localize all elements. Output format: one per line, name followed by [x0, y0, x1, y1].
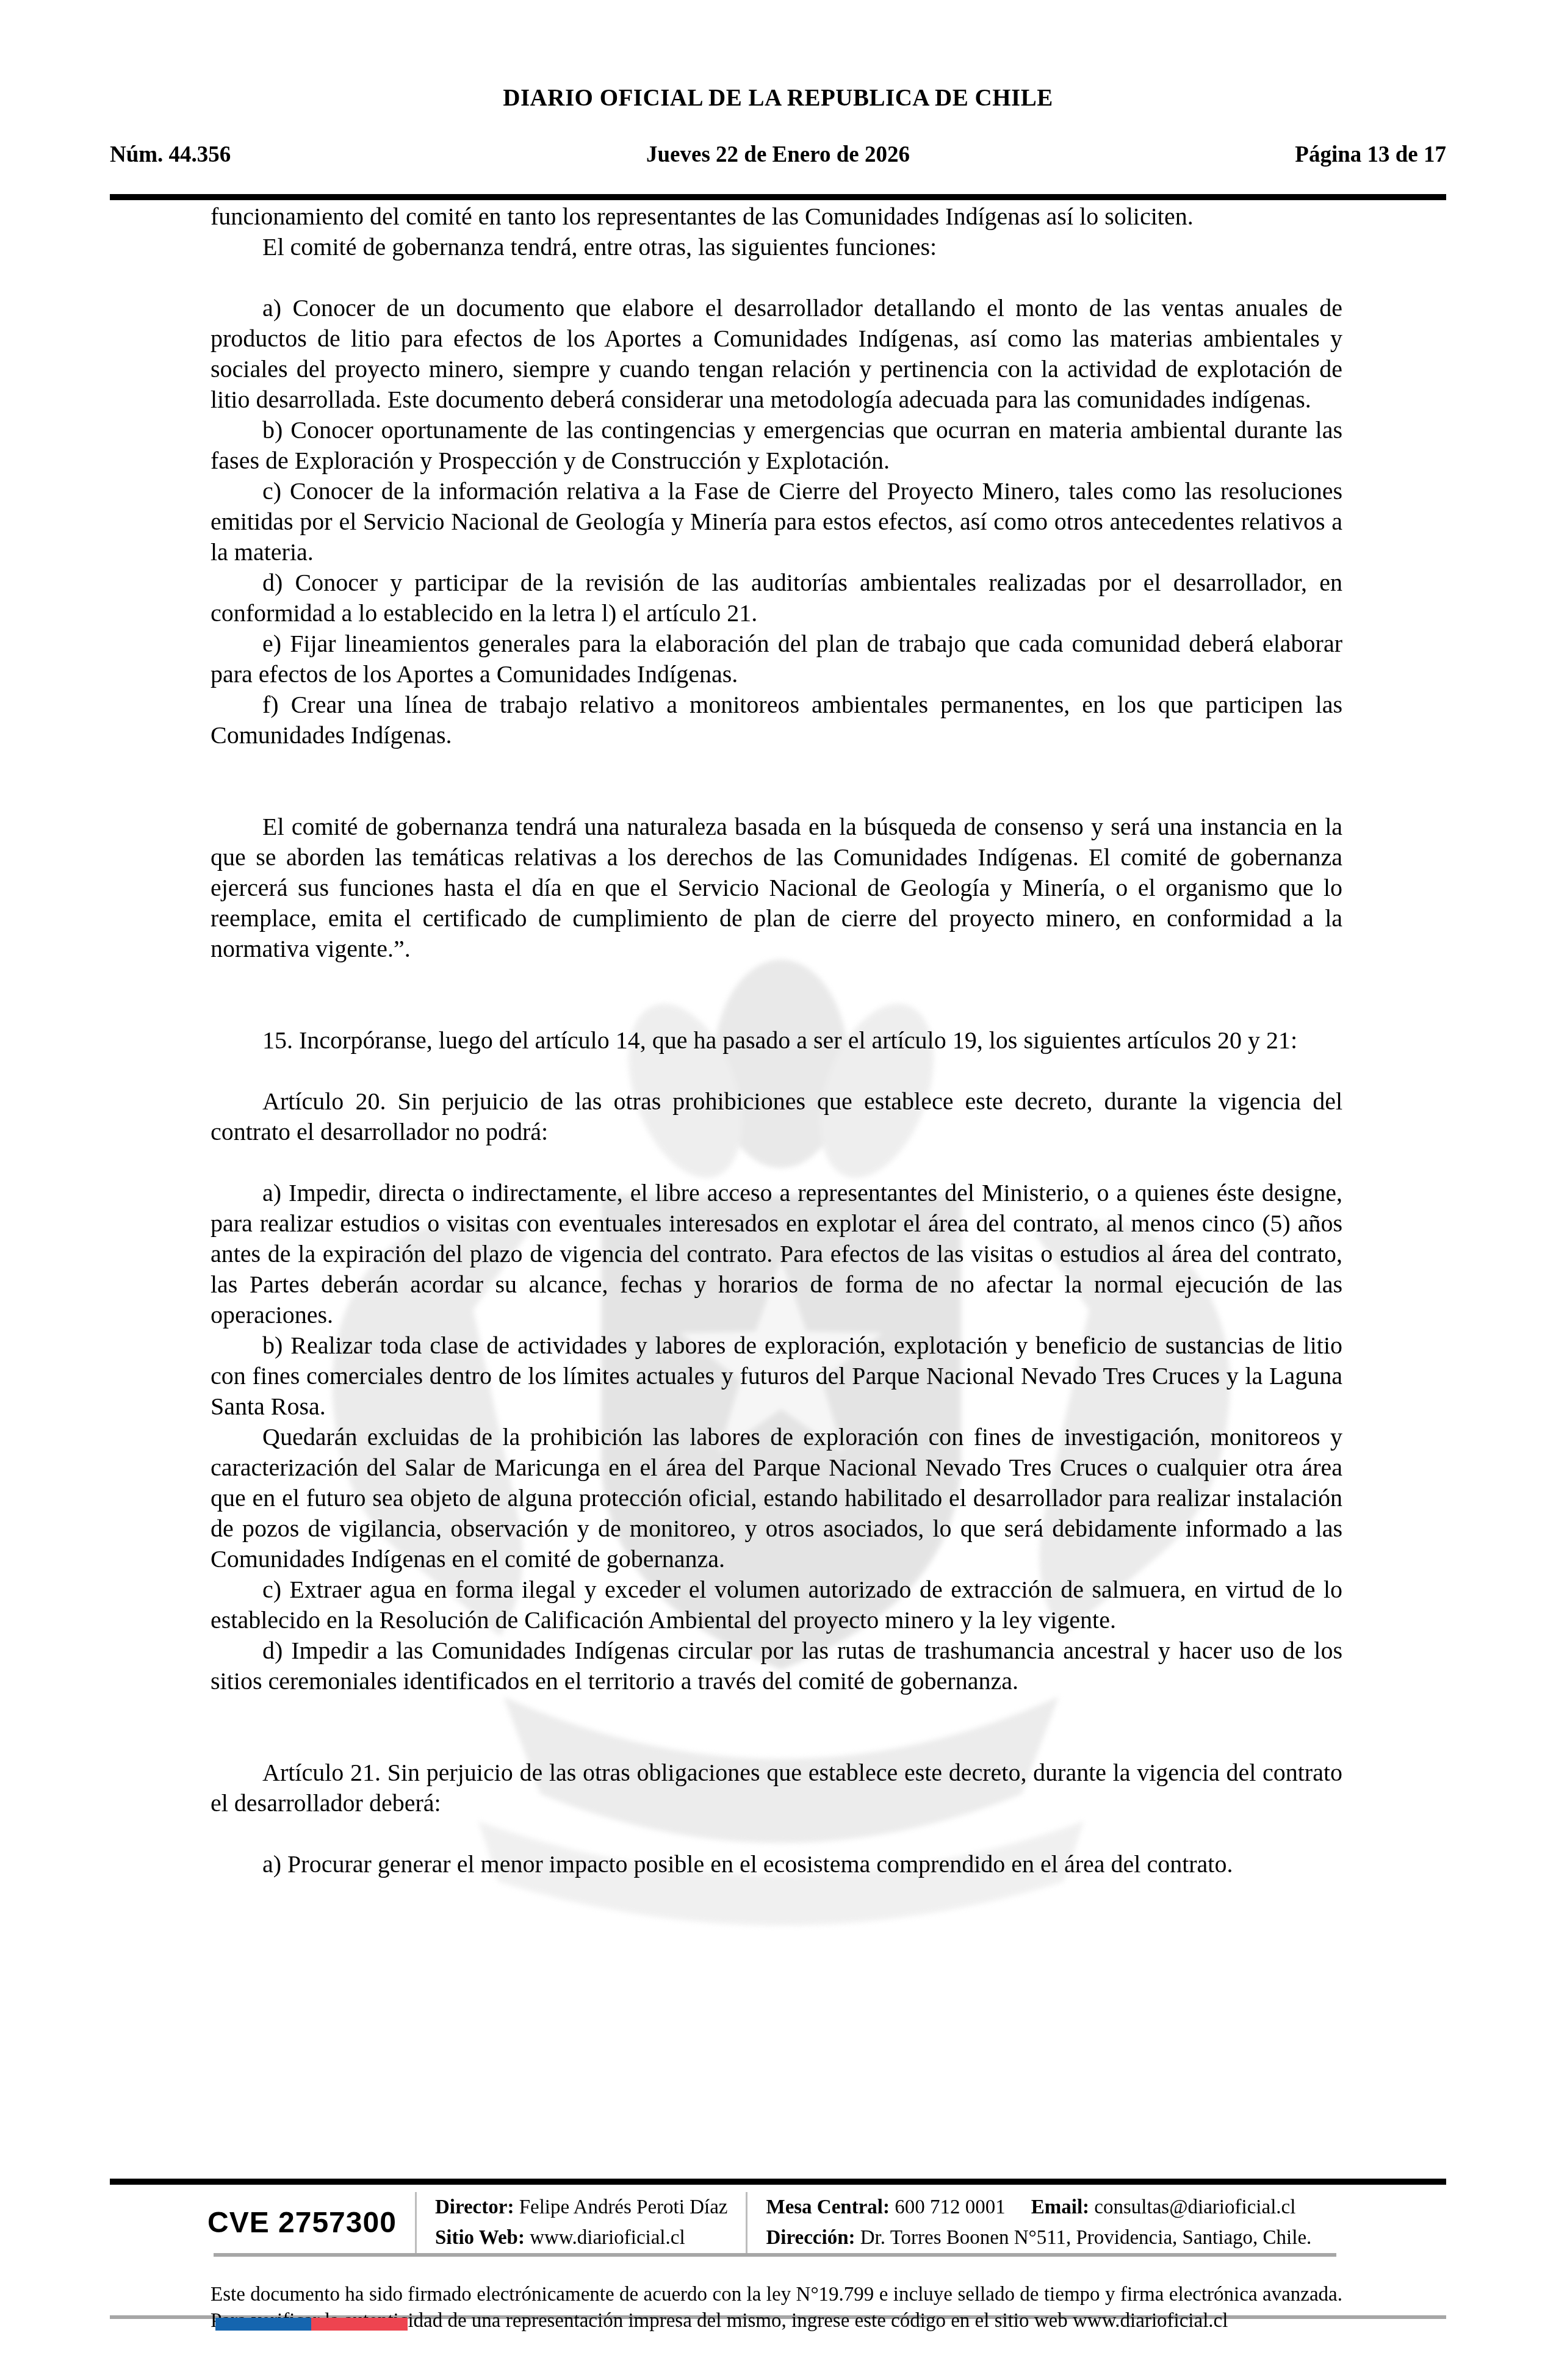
body-paragraph: El comité de gobernanza tendrá una natur…	[211, 812, 1342, 964]
footer-director-column: Director: Felipe Andrés Peroti Díaz Siti…	[435, 2192, 728, 2253]
body-paragraph: b) Realizar toda clase de actividades y …	[211, 1330, 1342, 1422]
director-name: Felipe Andrés Peroti Díaz	[519, 2196, 728, 2218]
header-meta-row: Núm. 44.356 Jueves 22 de Enero de 2026 P…	[110, 142, 1446, 172]
body-paragraph: f) Crear una línea de trabajo relativo a…	[211, 690, 1342, 751]
page-indicator: Página 13 de 17	[1295, 142, 1446, 168]
body-paragraph: c) Extraer agua en forma ilegal y excede…	[211, 1574, 1342, 1635]
header-divider-rule	[110, 194, 1446, 200]
body-paragraph: d) Conocer y participar de la revisión d…	[211, 568, 1342, 629]
body-paragraph: a) Impedir, directa o indirectamente, el…	[211, 1178, 1342, 1330]
phone-number: 600 712 0001	[895, 2196, 1006, 2218]
publication-title: DIARIO OFICIAL DE LA REPUBLICA DE CHILE	[0, 84, 1556, 112]
director-line: Director: Felipe Andrés Peroti Díaz	[435, 2192, 728, 2223]
address-text: Dr. Torres Boonen N°511, Providencia, Sa…	[860, 2227, 1312, 2249]
website-line: Sitio Web: www.diarioficial.cl	[435, 2223, 728, 2253]
footer-gray-rule-top	[214, 2253, 1336, 2257]
footer-vertical-divider	[746, 2192, 747, 2253]
gazette-page: { "header": { "publication": "DIARIO OFI…	[0, 0, 1556, 2380]
director-label: Director:	[435, 2196, 514, 2218]
footer-vertical-divider	[415, 2192, 417, 2253]
chile-flag-bar-icon	[215, 2318, 408, 2331]
body-paragraph: El comité de gobernanza tendrá, entre ot…	[211, 232, 1342, 262]
phone-label: Mesa Central:	[766, 2196, 890, 2218]
email-address: consultas@diarioficial.cl	[1094, 2196, 1295, 2218]
body-paragraph: Quedarán excluidas de la prohibición las…	[211, 1422, 1342, 1574]
body-paragraph: c) Conocer de la información relativa a …	[211, 476, 1342, 568]
flag-blue-segment	[215, 2318, 311, 2331]
body-paragraph: funcionamiento del comité en tanto los r…	[211, 201, 1342, 232]
website-url: www.diarioficial.cl	[530, 2227, 685, 2249]
footer-info-bar: CVE 2757300 Director: Felipe Andrés Pero…	[207, 2192, 1379, 2253]
website-label: Sitio Web:	[435, 2227, 525, 2249]
address-line: Dirección: Dr. Torres Boonen N°511, Prov…	[766, 2223, 1311, 2253]
issue-date: Jueves 22 de Enero de 2026	[110, 142, 1446, 168]
footer-divider-rule	[110, 2179, 1446, 2185]
phone-email-line: Mesa Central: 600 712 0001Email: consult…	[766, 2192, 1311, 2223]
cve-code: CVE 2757300	[207, 2206, 397, 2240]
body-paragraph: b) Conocer oportunamente de las continge…	[211, 415, 1342, 476]
body-paragraph: Artículo 20. Sin perjuicio de las otras …	[211, 1086, 1342, 1147]
footer-contact-column: Mesa Central: 600 712 0001Email: consult…	[766, 2192, 1311, 2253]
flag-red-segment	[311, 2318, 408, 2331]
body-paragraph: a) Procurar generar el menor impacto pos…	[211, 1849, 1342, 1880]
body-paragraph: a) Conocer de un documento que elabore e…	[211, 293, 1342, 415]
body-paragraph: 15. Incorpóranse, luego del artículo 14,…	[211, 1025, 1342, 1056]
address-label: Dirección:	[766, 2227, 855, 2249]
body-paragraph: d) Impedir a las Comunidades Indígenas c…	[211, 1635, 1342, 1697]
body-paragraph: e) Fijar lineamientos generales para la …	[211, 629, 1342, 690]
document-body: funcionamiento del comité en tanto los r…	[211, 201, 1342, 1880]
email-label: Email:	[1031, 2196, 1089, 2218]
body-paragraph: Artículo 21. Sin perjuicio de las otras …	[211, 1758, 1342, 1819]
